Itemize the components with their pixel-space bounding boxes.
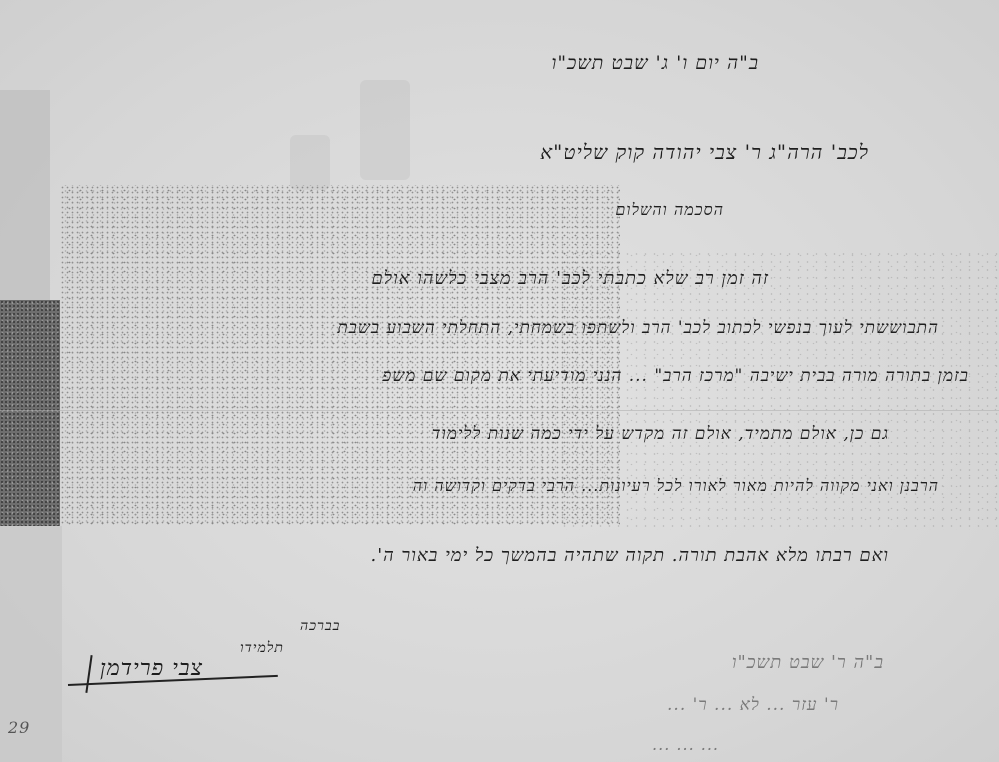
letter-sign-off: תלמידו: [240, 640, 284, 657]
letter-signature: צבי פרידמן: [100, 655, 203, 681]
letter-date: ב"ה יום ו' ג' שבט תשכ"ו: [551, 52, 759, 75]
scan-artifact-left-light: [0, 90, 50, 300]
letter-greeting: הסכמה והשלום: [615, 200, 724, 220]
scan-ghost-shape: [290, 135, 330, 190]
letter-body-line: התבוששתי לעוך בנפשי לכתוב לכב' הרב ולשתפ…: [337, 318, 939, 338]
faint-note-line: ב"ה ר' שבט תשכ"ו: [732, 652, 884, 673]
letter-body-line: הרבנן ואני מקווה להיות מאור לאורו לכל רע…: [413, 476, 939, 496]
letter-body-line: זה זמן רב שלא כתבתי לכב' הרב מצבי כלשהו …: [371, 268, 769, 289]
scan-ghost-shape: [360, 80, 410, 180]
letter-body-line: בזמן בתורה מורה בבית ישיבה "מרכז הרב" ..…: [382, 366, 969, 386]
signature-stroke: [85, 655, 92, 693]
faint-note-line: ר' עזר ... לא ... ר' ...: [667, 695, 839, 715]
letter-body-line: גם כן, אולם מתמיד, אולם זה מקדש על ידי כ…: [432, 424, 889, 444]
paper-fold-line: [0, 410, 999, 411]
letter-closing: בברכה: [300, 618, 340, 635]
scanned-letter-page: ב"ה יום ו' ג' שבט תשכ"ו לכב' הרה"ג ר' צב…: [0, 0, 999, 762]
letter-salutation: לכב' הרה"ג ר' צבי יהודה קוק שליט"א: [540, 140, 869, 165]
letter-body-line: ואם רבתו מלא אהבת תורה. תקוה שתהיה בהמשך…: [370, 545, 889, 566]
scan-artifact-left-dark: [0, 300, 60, 526]
photocopy-noise-band: [60, 185, 620, 525]
faint-note-line: ... ... ...: [652, 735, 719, 754]
page-number-mark: 29: [8, 718, 30, 737]
